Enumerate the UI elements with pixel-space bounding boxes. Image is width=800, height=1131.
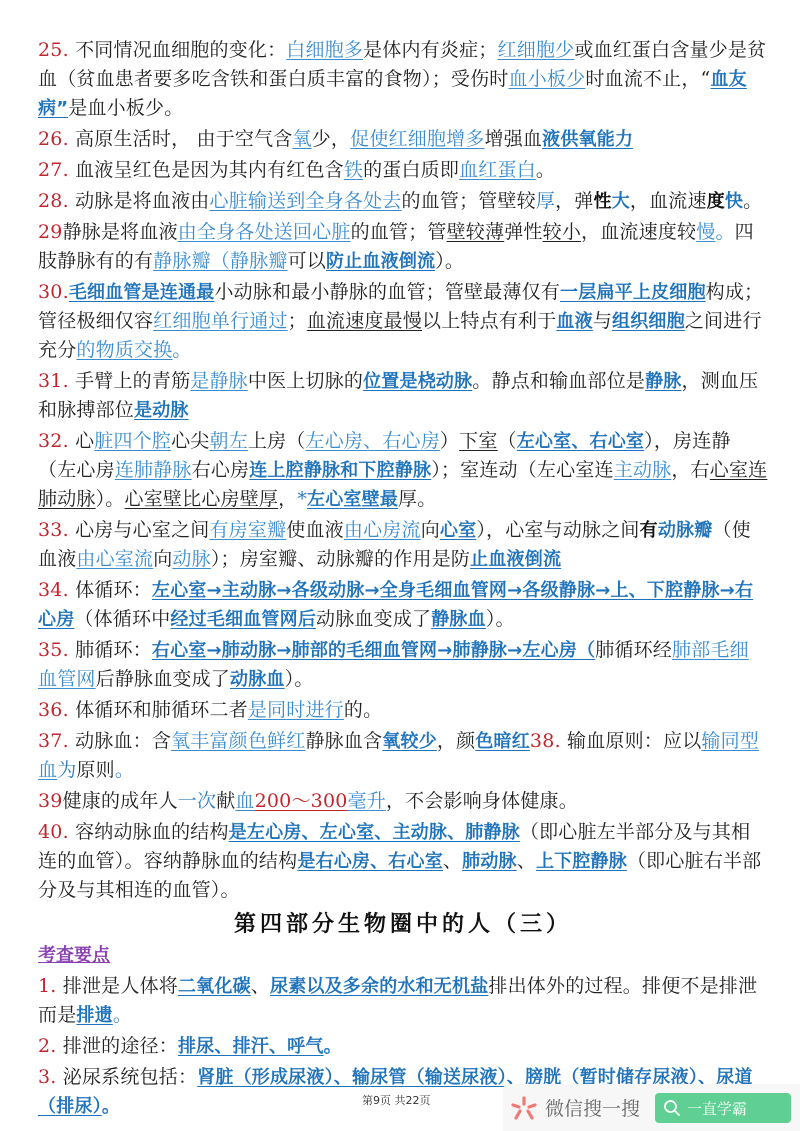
- text-segment: 是体内有炎症；: [363, 39, 497, 61]
- item-number: 34.: [38, 579, 69, 601]
- key-term: 是静脉: [190, 370, 248, 392]
- text-segment: 、: [517, 850, 536, 872]
- item-number: 35.: [38, 639, 69, 661]
- text-segment: 。: [172, 339, 191, 361]
- item-s2: 2. 排泄的途径：排尿、排汗、呼气。: [38, 1032, 768, 1061]
- item-p37: 37. 动脉血：含氧丰富颜色鲜红静脉血含氧较少，颜色暗红38. 输血原则：应以输…: [38, 727, 768, 785]
- key-term: 主动脉: [614, 459, 672, 481]
- key-term: 动脉: [172, 548, 210, 570]
- text-segment: 容纳动脉血的结构: [69, 821, 229, 843]
- key-term: 红细胞单行通过: [153, 310, 287, 332]
- text-segment: 肺循环：: [69, 639, 152, 661]
- key-term: 色暗红: [475, 731, 530, 752]
- key-term: 由心室流: [76, 548, 153, 570]
- text-segment: 上房（: [248, 430, 306, 452]
- text-segment: 壁较薄: [447, 221, 505, 243]
- item-p29: 29静脉是将血液由全身各处送回心脏的血管；管壁较薄弹性较小，血流速度较慢。四肢静…: [38, 218, 768, 276]
- text-segment: 。: [715, 221, 734, 243]
- key-term: 排尿、排汗、呼气: [178, 1036, 324, 1057]
- key-term: 止血液倒流: [470, 549, 561, 570]
- text-segment: ，右: [671, 459, 709, 481]
- text-segment: 动脉血变成了: [316, 608, 431, 630]
- item-p34: 34. 体循环：左心室→主动脉→各级动脉→全身毛细血管网→各级静脉→上、下腔静脉…: [38, 576, 768, 634]
- text-segment: 厚: [536, 190, 555, 212]
- text-segment: 、: [251, 975, 270, 997]
- text-segment: 使血液: [286, 519, 344, 541]
- text-segment: ，血流速度较: [581, 221, 696, 243]
- text-segment: ）: [440, 430, 459, 452]
- key-term: 连上腔静脉和下腔静脉: [249, 460, 431, 481]
- key-term: 静脉血: [431, 609, 486, 630]
- item-number: 33.: [38, 519, 69, 541]
- key-term: 左心房、右心房: [306, 430, 440, 452]
- key-term: 氧较少: [382, 731, 437, 752]
- item-p32: 32. 心脏四个腔心尖朝左上房（左心房、右心房）下室（左心室、右心室），房连静（…: [38, 427, 768, 514]
- text-segment: 后静脉血变成了: [96, 668, 230, 690]
- key-term: 氧: [293, 128, 312, 150]
- text-segment: 以上特点有利于: [422, 310, 556, 332]
- text-segment: 的。: [344, 699, 382, 721]
- text-segment: 体循环：: [69, 579, 152, 601]
- text-segment: 。: [743, 190, 762, 212]
- key-term: 是同时进行: [248, 699, 344, 721]
- search-icon: [663, 1099, 681, 1117]
- key-term: 是左心房、左心室、主动脉、肺静脉: [229, 822, 520, 843]
- key-term: 的物质交换: [76, 339, 172, 361]
- text-segment: 肺循环经: [595, 639, 672, 661]
- text-segment: 中医上切脉的: [248, 370, 363, 392]
- item-p28: 28. 动脉是将血液由心脏输送到全身各处去的血管；管壁较厚，弹性大，血流速度快。: [38, 187, 768, 216]
- subheading-key-points: 考查要点: [38, 942, 768, 970]
- text-segment: *: [297, 488, 307, 510]
- wechat-search-icon: [510, 1095, 538, 1121]
- key-term: 肺动脉: [462, 851, 517, 872]
- text-segment: 静脉血含: [305, 730, 382, 752]
- text-segment: 动脉是将血液由: [69, 190, 210, 212]
- key-term: 左心室壁最: [307, 489, 398, 510]
- item-number: 37.: [38, 730, 69, 752]
- key-term: 液供氧能力: [542, 129, 633, 150]
- text-segment: 高原生活时， 由于空气含: [69, 128, 293, 150]
- item-number: 30.: [38, 281, 69, 303]
- item-number: 25.: [38, 39, 69, 61]
- text-segment: 原则: [76, 759, 114, 781]
- text-segment: 是血小板少。: [68, 97, 183, 119]
- text-segment: 快: [725, 191, 743, 212]
- text-segment: 血液呈红色是因为其内有红色含: [69, 159, 344, 181]
- item-p27: 27. 血液呈红色是因为其内有红色含铁的蛋白质即血红蛋白。: [38, 156, 768, 185]
- key-term: 毛细血管是连通最: [69, 282, 215, 303]
- account-search-button[interactable]: 一直学霸: [655, 1093, 791, 1123]
- item-number: 28.: [38, 190, 69, 212]
- text-segment: 度: [707, 191, 725, 212]
- key-term: 促使红细胞增多: [350, 128, 484, 150]
- item-p31: 31. 手臂上的青筋是静脉中医上切脉的位置是桡动脉。静点和输血部位是静脉，测血压…: [38, 367, 768, 425]
- key-term: 心脏输送到全身各处去: [209, 190, 401, 212]
- item-number: 36.: [38, 699, 69, 721]
- text-segment: 排泄的途径：: [57, 1035, 178, 1057]
- key-term: 静脉: [645, 371, 681, 392]
- text-segment: ）。: [96, 488, 125, 510]
- text-segment: 动脉瓣: [658, 520, 713, 541]
- key-term: 氧丰富颜色鲜红: [171, 730, 305, 752]
- text-segment: 向: [153, 548, 172, 570]
- key-term: 是右心房、右心室: [297, 851, 443, 872]
- key-term: 一层扁平上皮细胞: [560, 282, 706, 303]
- key-term: 铁: [344, 159, 363, 181]
- text-segment: 输血原则：应以: [561, 730, 702, 752]
- item-p30: 30.毛细血管是连通最小动脉和最小静脉的血管；管壁最薄仅有一层扁平上皮细胞构成；…: [38, 278, 768, 365]
- text-segment: 排泄是人体将: [57, 975, 178, 997]
- key-term: 是动脉: [134, 400, 189, 421]
- key-term: 上下腔静脉: [536, 851, 627, 872]
- text-segment: 体循环和肺循环二者: [69, 699, 248, 721]
- item-number: 32.: [38, 430, 69, 452]
- item-p39: 39健康的成年人一次献血200～300毫升，不会影响身体健康。: [38, 787, 768, 816]
- text-segment: 大: [612, 191, 630, 212]
- key-term: 防止血液倒流: [326, 251, 435, 272]
- key-term: 连肺静脉: [115, 459, 192, 481]
- account-search-button-label: 一直学霸: [687, 1098, 747, 1119]
- item-number: 26.: [38, 128, 69, 150]
- text-segment: 泌尿系统包括：: [57, 1066, 198, 1088]
- item-number: 40.: [38, 821, 69, 843]
- item-number: 1.: [38, 975, 57, 997]
- text-segment: 动脉血：含: [69, 730, 171, 752]
- text-segment: 心室壁比心房壁厚: [125, 488, 279, 510]
- text-segment: 。: [324, 1036, 342, 1057]
- page-indicator: 第9页 共22页: [362, 1092, 431, 1108]
- key-term: 红细胞少: [498, 39, 575, 61]
- text-segment: 的蛋白质即: [363, 159, 459, 181]
- text-segment: 。静点和输血部位是: [472, 370, 645, 392]
- text-segment: ）。: [486, 608, 515, 630]
- key-term: 排遗: [76, 1005, 112, 1026]
- text-segment: ）；房室瓣、动脉瓣的作用是防: [211, 548, 470, 570]
- key-term: 朝左: [210, 430, 248, 452]
- key-term: 位置是桡动脉: [363, 371, 472, 392]
- text-segment: （体循环中: [74, 608, 170, 630]
- item-number: 2.: [38, 1035, 57, 1057]
- item-p33: 33. 心房与心室之间有房室瓣使血液由心房流向心室），心室与动脉之间有动脉瓣（使…: [38, 516, 768, 574]
- text-segment: 。: [536, 159, 555, 181]
- text-segment: 健康的成年人: [63, 790, 178, 812]
- item-number: 39: [38, 790, 63, 812]
- key-term: 毫升: [348, 790, 386, 812]
- text-segment: 不同情况血细胞的变化：: [69, 39, 286, 61]
- item-p36: 36. 体循环和肺循环二者是同时进行的。: [38, 696, 768, 725]
- item-s1: 1. 排泄是人体将二氧化碳、尿素以及多余的水和无机盐排出体外的过程。排便不是排泄…: [38, 972, 768, 1030]
- key-term: 白细胞多: [286, 39, 363, 61]
- key-term: 由全身各处送回心脏: [178, 221, 351, 243]
- key-term: 有房室瓣: [209, 519, 286, 541]
- text-segment: 弹性: [504, 221, 542, 243]
- text-segment: 。: [115, 759, 134, 781]
- text-segment: 静脉是将血液: [63, 221, 178, 243]
- key-term: 由心房流: [344, 519, 421, 541]
- item-number: 3.: [38, 1066, 57, 1088]
- key-term: 血: [235, 790, 254, 812]
- key-term: 二氧化碳: [178, 976, 251, 997]
- text-segment: 增强血: [485, 128, 543, 150]
- item-number: 38.: [530, 730, 561, 752]
- text-segment: 心房与心室之间: [69, 519, 210, 541]
- key-term: 脏四个腔: [94, 430, 171, 452]
- text-segment: 较小: [543, 221, 581, 243]
- text-segment: 。: [102, 1096, 120, 1117]
- text-segment: 献: [216, 790, 235, 812]
- text-segment: ；: [288, 310, 307, 332]
- key-term: 经过毛细血管网后: [170, 609, 316, 630]
- key-term: 血液: [556, 311, 592, 332]
- text-segment: ，: [278, 488, 297, 510]
- text-segment: 性: [594, 191, 612, 212]
- item-p26: 26. 高原生活时， 由于空气含氧少，促使红细胞增多增强血液供氧能力: [38, 125, 768, 154]
- key-term: 静脉瓣（静脉瓣: [153, 250, 287, 272]
- text-segment: 有: [640, 520, 658, 541]
- section-title: 第四部分生物圈中的人（三）: [38, 907, 768, 938]
- item-p35: 35. 肺循环：右心室→肺动脉→肺部的毛细血管网→肺静脉→左心房（肺循环经肺部毛…: [38, 636, 768, 694]
- text-segment: 向: [421, 519, 440, 541]
- numbered-items: 25. 不同情况血细胞的变化：白细胞多是体内有炎症；红细胞少或血红蛋白含量少是贫…: [38, 36, 768, 905]
- item-number: 27.: [38, 159, 69, 181]
- text-segment: 。: [113, 1004, 132, 1026]
- text-segment: ）；室连动（左心室连: [431, 459, 614, 481]
- key-term: 动脉血: [230, 669, 285, 690]
- key-term: 血小板少: [509, 68, 586, 90]
- text-segment: 心: [69, 430, 94, 452]
- text-segment: 小动脉和最小静脉的血管；管壁最薄仅有: [214, 281, 560, 303]
- text-segment: （: [498, 430, 517, 452]
- key-term: 心室: [440, 520, 476, 541]
- text-segment: ）。: [285, 668, 314, 690]
- text-segment: ），心室与动脉之间: [476, 519, 639, 541]
- item-p25: 25. 不同情况血细胞的变化：白细胞多是体内有炎症；红细胞少或血红蛋白含量少是贫…: [38, 36, 768, 123]
- text-segment: ，不会影响身体健康。: [386, 790, 578, 812]
- text-segment: 右心房: [192, 459, 250, 481]
- wechat-search-label: 微信搜一搜: [545, 1094, 640, 1121]
- text-segment: 心尖: [171, 430, 209, 452]
- item-p40: 40. 容纳动脉血的结构是左心房、左心室、主动脉、肺静脉（即心脏左半部分及与其相…: [38, 818, 768, 905]
- text-segment: 、: [443, 850, 462, 872]
- text-segment: 一次: [178, 790, 216, 812]
- document-page: 25. 不同情况血细胞的变化：白细胞多是体内有炎症；红细胞少或血红蛋白含量少是贫…: [38, 36, 768, 1123]
- text-segment: 手臂上的青筋: [69, 370, 190, 392]
- text-segment: 下室: [459, 430, 497, 452]
- text-segment: 时血流不止，“: [585, 68, 710, 90]
- key-term: 慢: [696, 221, 715, 243]
- text-segment: 血流速度最慢: [307, 310, 422, 332]
- text-segment: ）。: [435, 250, 464, 272]
- text-segment: 少，: [312, 128, 350, 150]
- text-segment: 的血管；管壁较: [401, 190, 535, 212]
- item-number: 31.: [38, 370, 69, 392]
- text-segment: 与: [593, 310, 612, 332]
- text-segment: 200～300: [255, 790, 348, 812]
- key-term: 血红蛋白: [459, 159, 536, 181]
- item-number: 29: [38, 221, 63, 243]
- text-segment: 可以: [288, 250, 326, 272]
- text-segment: 的血管；管: [351, 221, 447, 243]
- key-term: 左心室、右心室: [517, 431, 644, 452]
- text-segment: ，弹: [555, 190, 593, 212]
- text-segment: 厚。: [398, 488, 436, 510]
- text-segment: 为: [57, 759, 76, 781]
- text-segment: ，颜: [437, 730, 475, 752]
- key-term: 右心室→肺动脉→肺部的毛细血管网→肺静脉→左心房（: [152, 640, 595, 661]
- key-term: 组织细胞: [612, 311, 685, 332]
- text-segment: ，血流速: [630, 190, 707, 212]
- key-term: 尿素以及多余的水和无机盐: [270, 976, 488, 997]
